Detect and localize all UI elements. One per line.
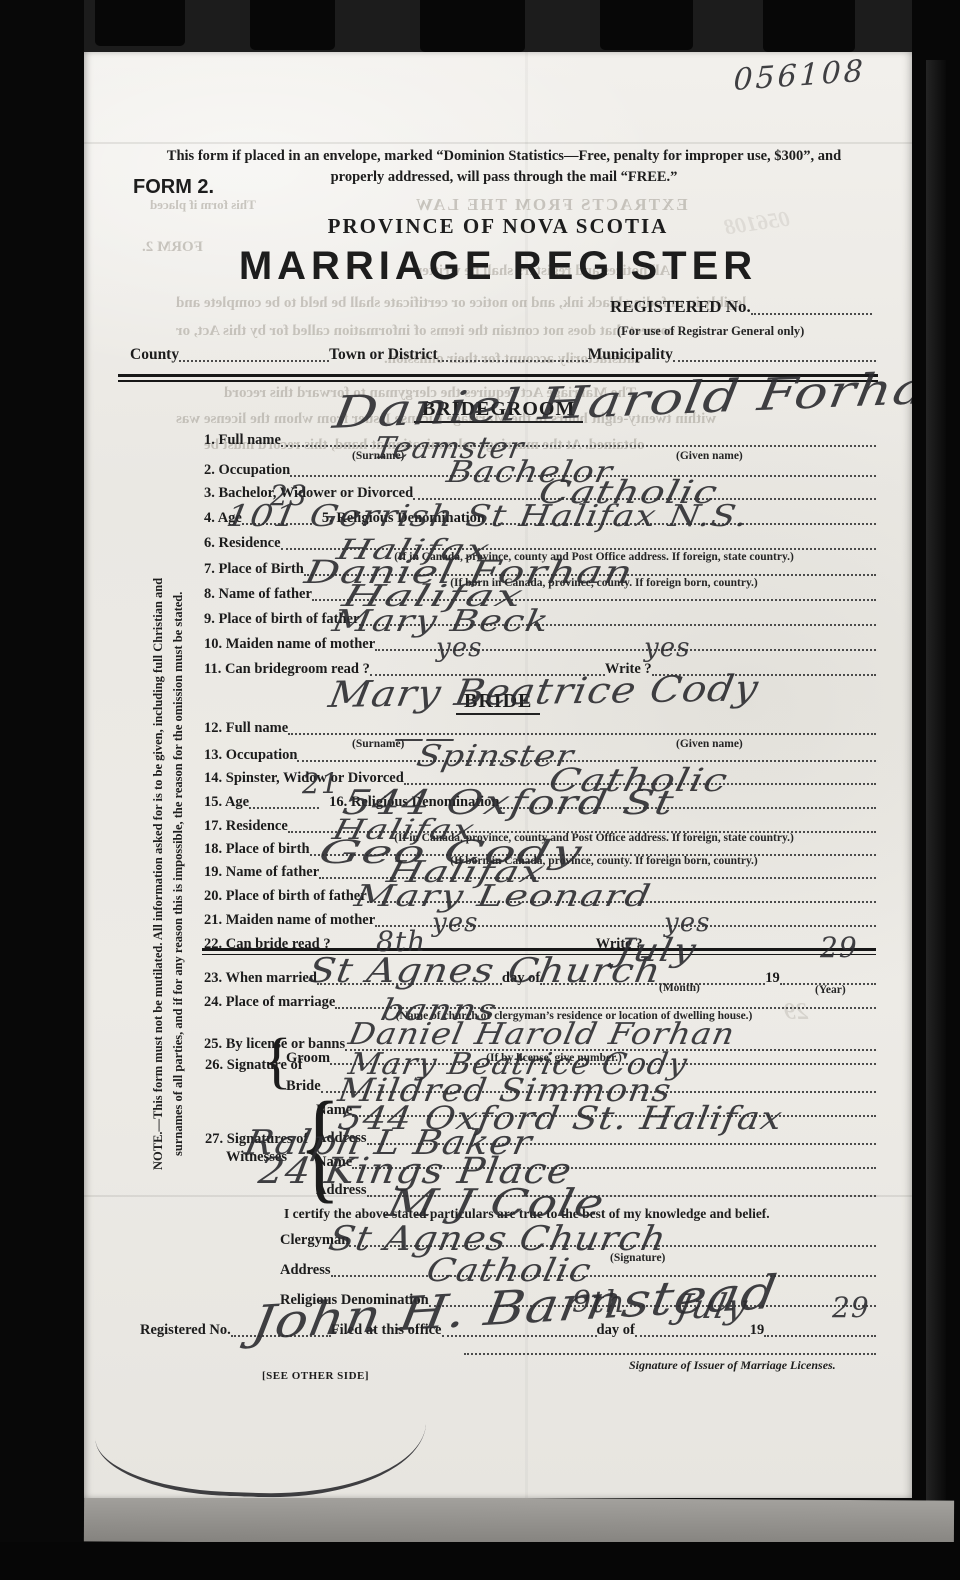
margin-note-line2: surnames of all parties, and if for any … — [168, 550, 188, 1198]
hw-groom-residence: 101 Gerrish St Halifax N.S. — [224, 502, 750, 532]
hw-bride-read: yes — [432, 910, 478, 936]
hw-bride-mother: Mary Leonard — [352, 882, 654, 912]
ghost-text: EXTRACTS FROM THE LAW — [414, 196, 688, 213]
field-row-12: 12. Full name — [204, 718, 876, 735]
county-row: County Town or District Municipality — [130, 345, 876, 362]
field-row-6: 6. Residence — [204, 533, 876, 550]
ghost-text: FORM 2. — [142, 240, 203, 255]
field-6-label: 6. Residence — [204, 536, 281, 551]
field-19-label: 19. Name of father — [204, 865, 319, 880]
film-right-edge-band — [926, 60, 946, 1530]
municipality-line — [673, 347, 876, 362]
hw-filed-year: 29 — [832, 1294, 870, 1322]
field-12-line — [288, 720, 876, 735]
next-page-edge — [84, 1495, 954, 1546]
field-17-label: 17. Residence — [204, 819, 288, 834]
field-13-line — [297, 747, 876, 762]
mail-note-line2: properly addressed, will pass through th… — [144, 167, 864, 188]
field-3-label: 3. Bachelor, Widower or Divorced — [204, 486, 413, 501]
film-sprocket — [95, 0, 185, 46]
film-number-handwritten: 056108 — [733, 57, 866, 96]
film-left-margin — [0, 0, 84, 1580]
county-line — [179, 347, 329, 362]
film-sprocket — [600, 0, 693, 50]
filed-year-line — [764, 1322, 876, 1337]
registered-no-line — [751, 300, 872, 315]
film-sprocket — [250, 0, 335, 50]
margin-note-line1: NOTE.—This form must not be mutilated. A… — [148, 550, 168, 1198]
mail-note-line1: This form if placed in an envelope, mark… — [144, 146, 864, 167]
town-line — [438, 347, 588, 362]
province-title: PROVINCE OF NOVA SCOTIA — [298, 214, 698, 239]
field-23-label: 23. When married — [204, 971, 317, 986]
field-8-label: 8. Name of father — [204, 587, 312, 602]
hw-marriage-year: 29 — [820, 934, 858, 962]
ghost-pen-number: 056108 — [723, 208, 791, 239]
field-row-1: 1. Full name — [204, 430, 876, 447]
film-top-strip — [0, 0, 960, 54]
hw-groom-signature: Daniel Harold Forhan — [346, 1020, 738, 1050]
field-13-label: 13. Occupation — [204, 748, 297, 763]
margin-note: NOTE.—This form must not be mutilated. A… — [148, 550, 188, 1198]
field-20-label: 20. Place of birth of father — [204, 889, 367, 904]
field-row-24: 24. Place of marriage — [204, 992, 876, 1009]
see-other-side: [SEE OTHER SIDE] — [262, 1370, 369, 1382]
film-bottom-margin — [0, 1542, 960, 1580]
field-7-label: 7. Place of Birth — [204, 562, 304, 577]
field-23-year-line — [780, 970, 876, 985]
hw-marriage-place: St Agnes Church — [306, 954, 664, 988]
field-18-label: 18. Place of birth — [204, 842, 310, 857]
municipality-label: Municipality — [588, 347, 673, 363]
filed-year-prefix: 19 — [750, 1323, 765, 1338]
field-21-label: 21. Maiden name of mother — [204, 913, 375, 928]
hw-bride-fullname: Mary Beatrice Cody — [326, 671, 762, 714]
registered-no-row: REGISTERED No. — [610, 298, 872, 315]
paper-crease — [84, 142, 912, 144]
field-12-label: 12. Full name — [204, 721, 288, 736]
groom-label: Groom — [286, 1051, 330, 1066]
hw-groom-write: yes — [644, 635, 690, 661]
field-15-label: 15. Age — [204, 795, 249, 810]
field-24-label: 24. Place of marriage — [204, 995, 335, 1010]
film-sprocket — [420, 0, 525, 52]
clergyman-address-label: Address — [280, 1263, 331, 1278]
county-label: County — [130, 347, 179, 363]
registrar-note: (For use of Registrar General only) — [617, 324, 804, 339]
ghost-text: This form if placed — [150, 198, 256, 211]
film-sprocket — [763, 0, 855, 52]
year-prefix: 19 — [765, 971, 780, 986]
hw-clergyman-signature: M J Cole — [384, 1184, 609, 1222]
issuer-signature-line — [464, 1340, 876, 1355]
marriage-register-page: This form if placed EXTRACTS FROM THE LA… — [84, 52, 912, 1498]
hw-bride-age: 21 — [302, 770, 340, 798]
hw-groom-read: yes — [436, 635, 482, 661]
ghost-text: correct that does not contain the items … — [176, 324, 675, 339]
form-number: FORM 2. — [133, 176, 214, 199]
mail-note: This form if placed in an envelope, mark… — [144, 146, 864, 188]
field-2-label: 2. Occupation — [204, 463, 290, 478]
town-label: Town or District — [329, 347, 438, 363]
registered-no-label: REGISTERED No. — [610, 298, 751, 315]
registered-label: Registered No. — [140, 1323, 231, 1338]
page-title: MARRIAGE REGISTER — [198, 244, 798, 289]
field-1-label: 1. Full name — [204, 433, 281, 448]
issuer-note: Signature of Issuer of Marriage Licenses… — [629, 1358, 836, 1373]
